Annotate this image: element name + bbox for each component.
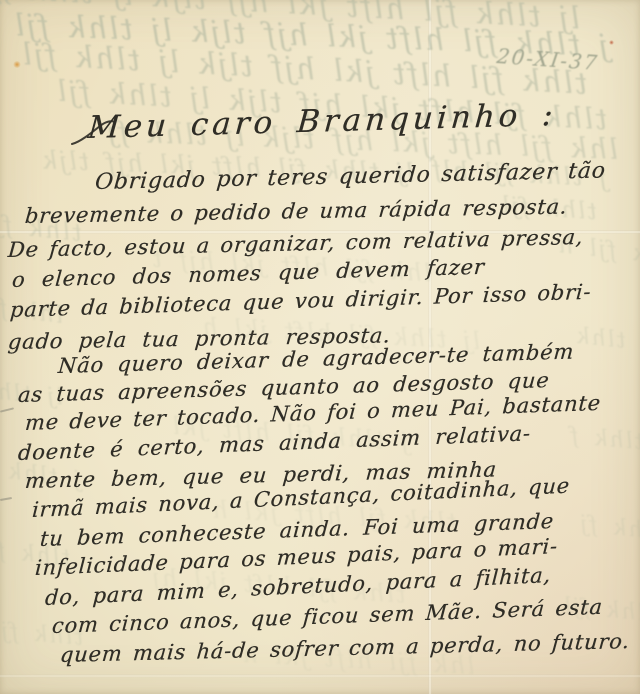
- bleedthrough-stroke: lj tlhk: [573, 324, 640, 358]
- foxing-spot: [609, 40, 614, 45]
- handwritten-line: Obrigado por teres querido satisfazer tã…: [94, 158, 607, 195]
- handwritten-line: brevemente o pedido de uma rápida respos…: [24, 195, 568, 229]
- horizontal-fold-crease-bottom: [0, 674, 640, 678]
- letter-date: 20-XI-37: [495, 44, 600, 75]
- margin-pencil-mark: [0, 497, 12, 501]
- bleedthrough-stroke: tlhk fj: [577, 512, 640, 546]
- foxing-spot: [13, 61, 21, 68]
- bleedthrough-stroke: lj tlhk fjl hlft jkl hjf tljk lj tlhk fj: [0, 0, 581, 37]
- letter-scan: lj tlhk fjl hlft jkl hjf tljk lj tlhk fj…: [0, 0, 640, 694]
- salutation: Meu caro Branquinho :: [87, 97, 558, 146]
- bleedthrough-stroke: j tlhk f: [567, 424, 640, 457]
- margin-pencil-mark: [0, 407, 14, 412]
